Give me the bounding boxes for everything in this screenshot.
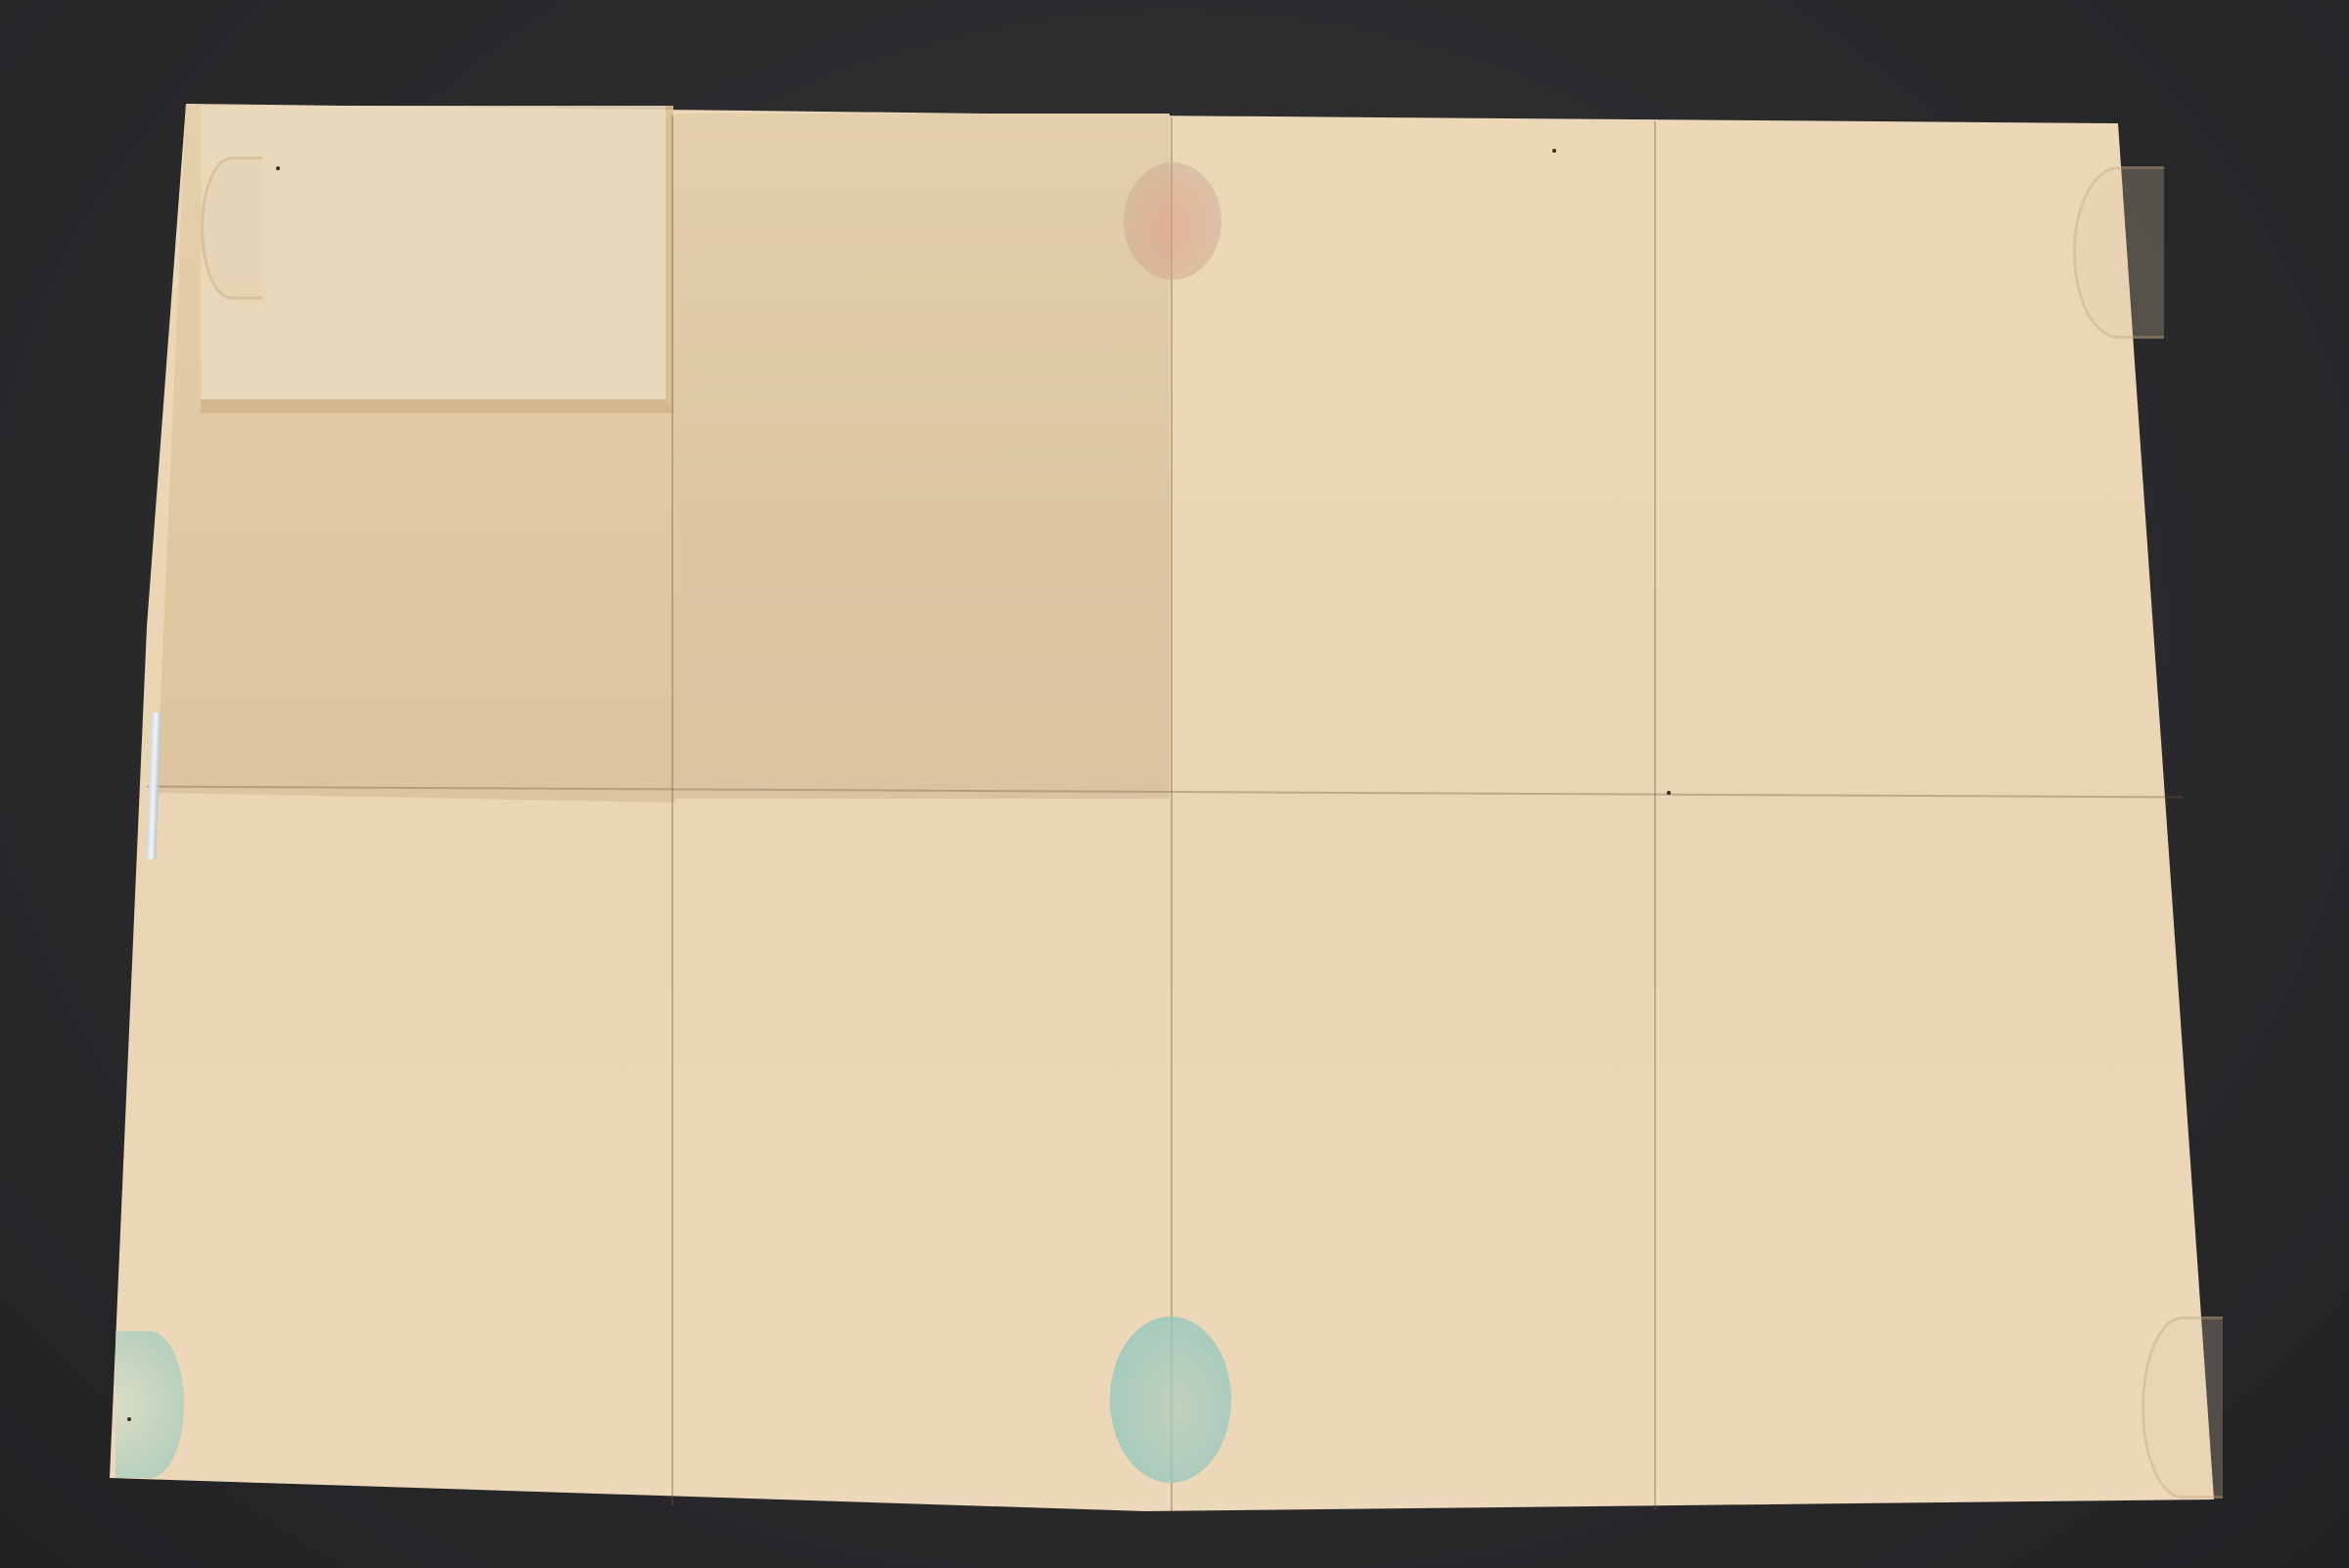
pink-water-stain — [1124, 162, 1221, 280]
fold-line-vertical-3 — [1654, 121, 1656, 1509]
speck — [276, 166, 280, 170]
speck — [1552, 149, 1556, 153]
ring-stain-bottom-right — [2142, 1316, 2223, 1499]
speck — [1667, 791, 1671, 795]
ring-stain-top-right — [2073, 166, 2164, 339]
fold-line-vertical-1 — [671, 115, 673, 1505]
folded-paper-sheet — [0, 0, 2349, 1568]
lighter-inner-panel — [201, 106, 673, 413]
aged-panel-top-middle — [675, 114, 1170, 799]
fold-line-vertical-2 — [1171, 117, 1173, 1511]
teal-water-stain — [1110, 1316, 1231, 1483]
ring-stain-top-left — [201, 157, 262, 300]
teal-edge-stain — [115, 1331, 184, 1478]
speck — [127, 1417, 131, 1421]
